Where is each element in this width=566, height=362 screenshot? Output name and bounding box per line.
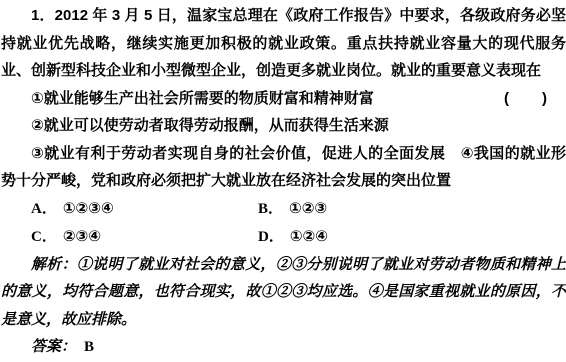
choice-b-value: ①②③	[289, 200, 327, 217]
analysis-label: 解析：	[31, 257, 77, 273]
question-item-1: ①就业能够生产出社会所需要的物质财富和精神财富	[1, 85, 566, 113]
question-item-3-4: ③就业有利于劳动者实现自身的社会价值，促进人的全面发展 ④我国的就业形势十分严峻…	[1, 140, 566, 195]
question-item-2: ②就业可以使劳动者取得劳动报酬，从而获得生活来源	[1, 112, 566, 140]
choice-d-label: D．	[258, 229, 284, 245]
choice-d-value: ①②④	[290, 228, 328, 245]
choices-grid: A．①②③④ B．①②③ C．②③④ D．①②④	[1, 195, 566, 252]
choice-a-label: A．	[31, 201, 57, 217]
choice-c: C．②③④	[31, 223, 258, 252]
choice-b: B．①②③	[258, 195, 566, 224]
analysis-paragraph: 解析：①说明了就业对社会的意义，②③分别说明了就业对劳动者物质和精神上的意义，均…	[1, 252, 566, 335]
answer-line: 答案：B	[1, 334, 566, 362]
choice-a: A．①②③④	[31, 195, 258, 224]
answer-bracket: ( )	[504, 85, 548, 113]
choice-d: D．①②④	[258, 223, 566, 252]
question-number: 1．	[31, 7, 55, 24]
question-stem-text: 2012 年 3 月 5 日，温家宝总理在《政府工作报告》中要求，各级政府务必坚…	[1, 7, 566, 79]
question-stem: 1．2012 年 3 月 5 日，温家宝总理在《政府工作报告》中要求，各级政府务…	[1, 2, 566, 85]
answer-label: 答案：	[31, 339, 76, 355]
choice-c-label: C．	[31, 229, 57, 245]
exam-question-page: 1．2012 年 3 月 5 日，温家宝总理在《政府工作报告》中要求，各级政府务…	[0, 0, 566, 362]
answer-value: B	[84, 339, 94, 355]
choice-b-label: B．	[258, 201, 283, 217]
choice-c-value: ②③④	[63, 228, 101, 245]
analysis-text: ①说明了就业对社会的意义，②③分别说明了就业对劳动者物质和精神上的意义，均符合题…	[1, 257, 566, 328]
choice-a-value: ①②③④	[63, 200, 114, 217]
